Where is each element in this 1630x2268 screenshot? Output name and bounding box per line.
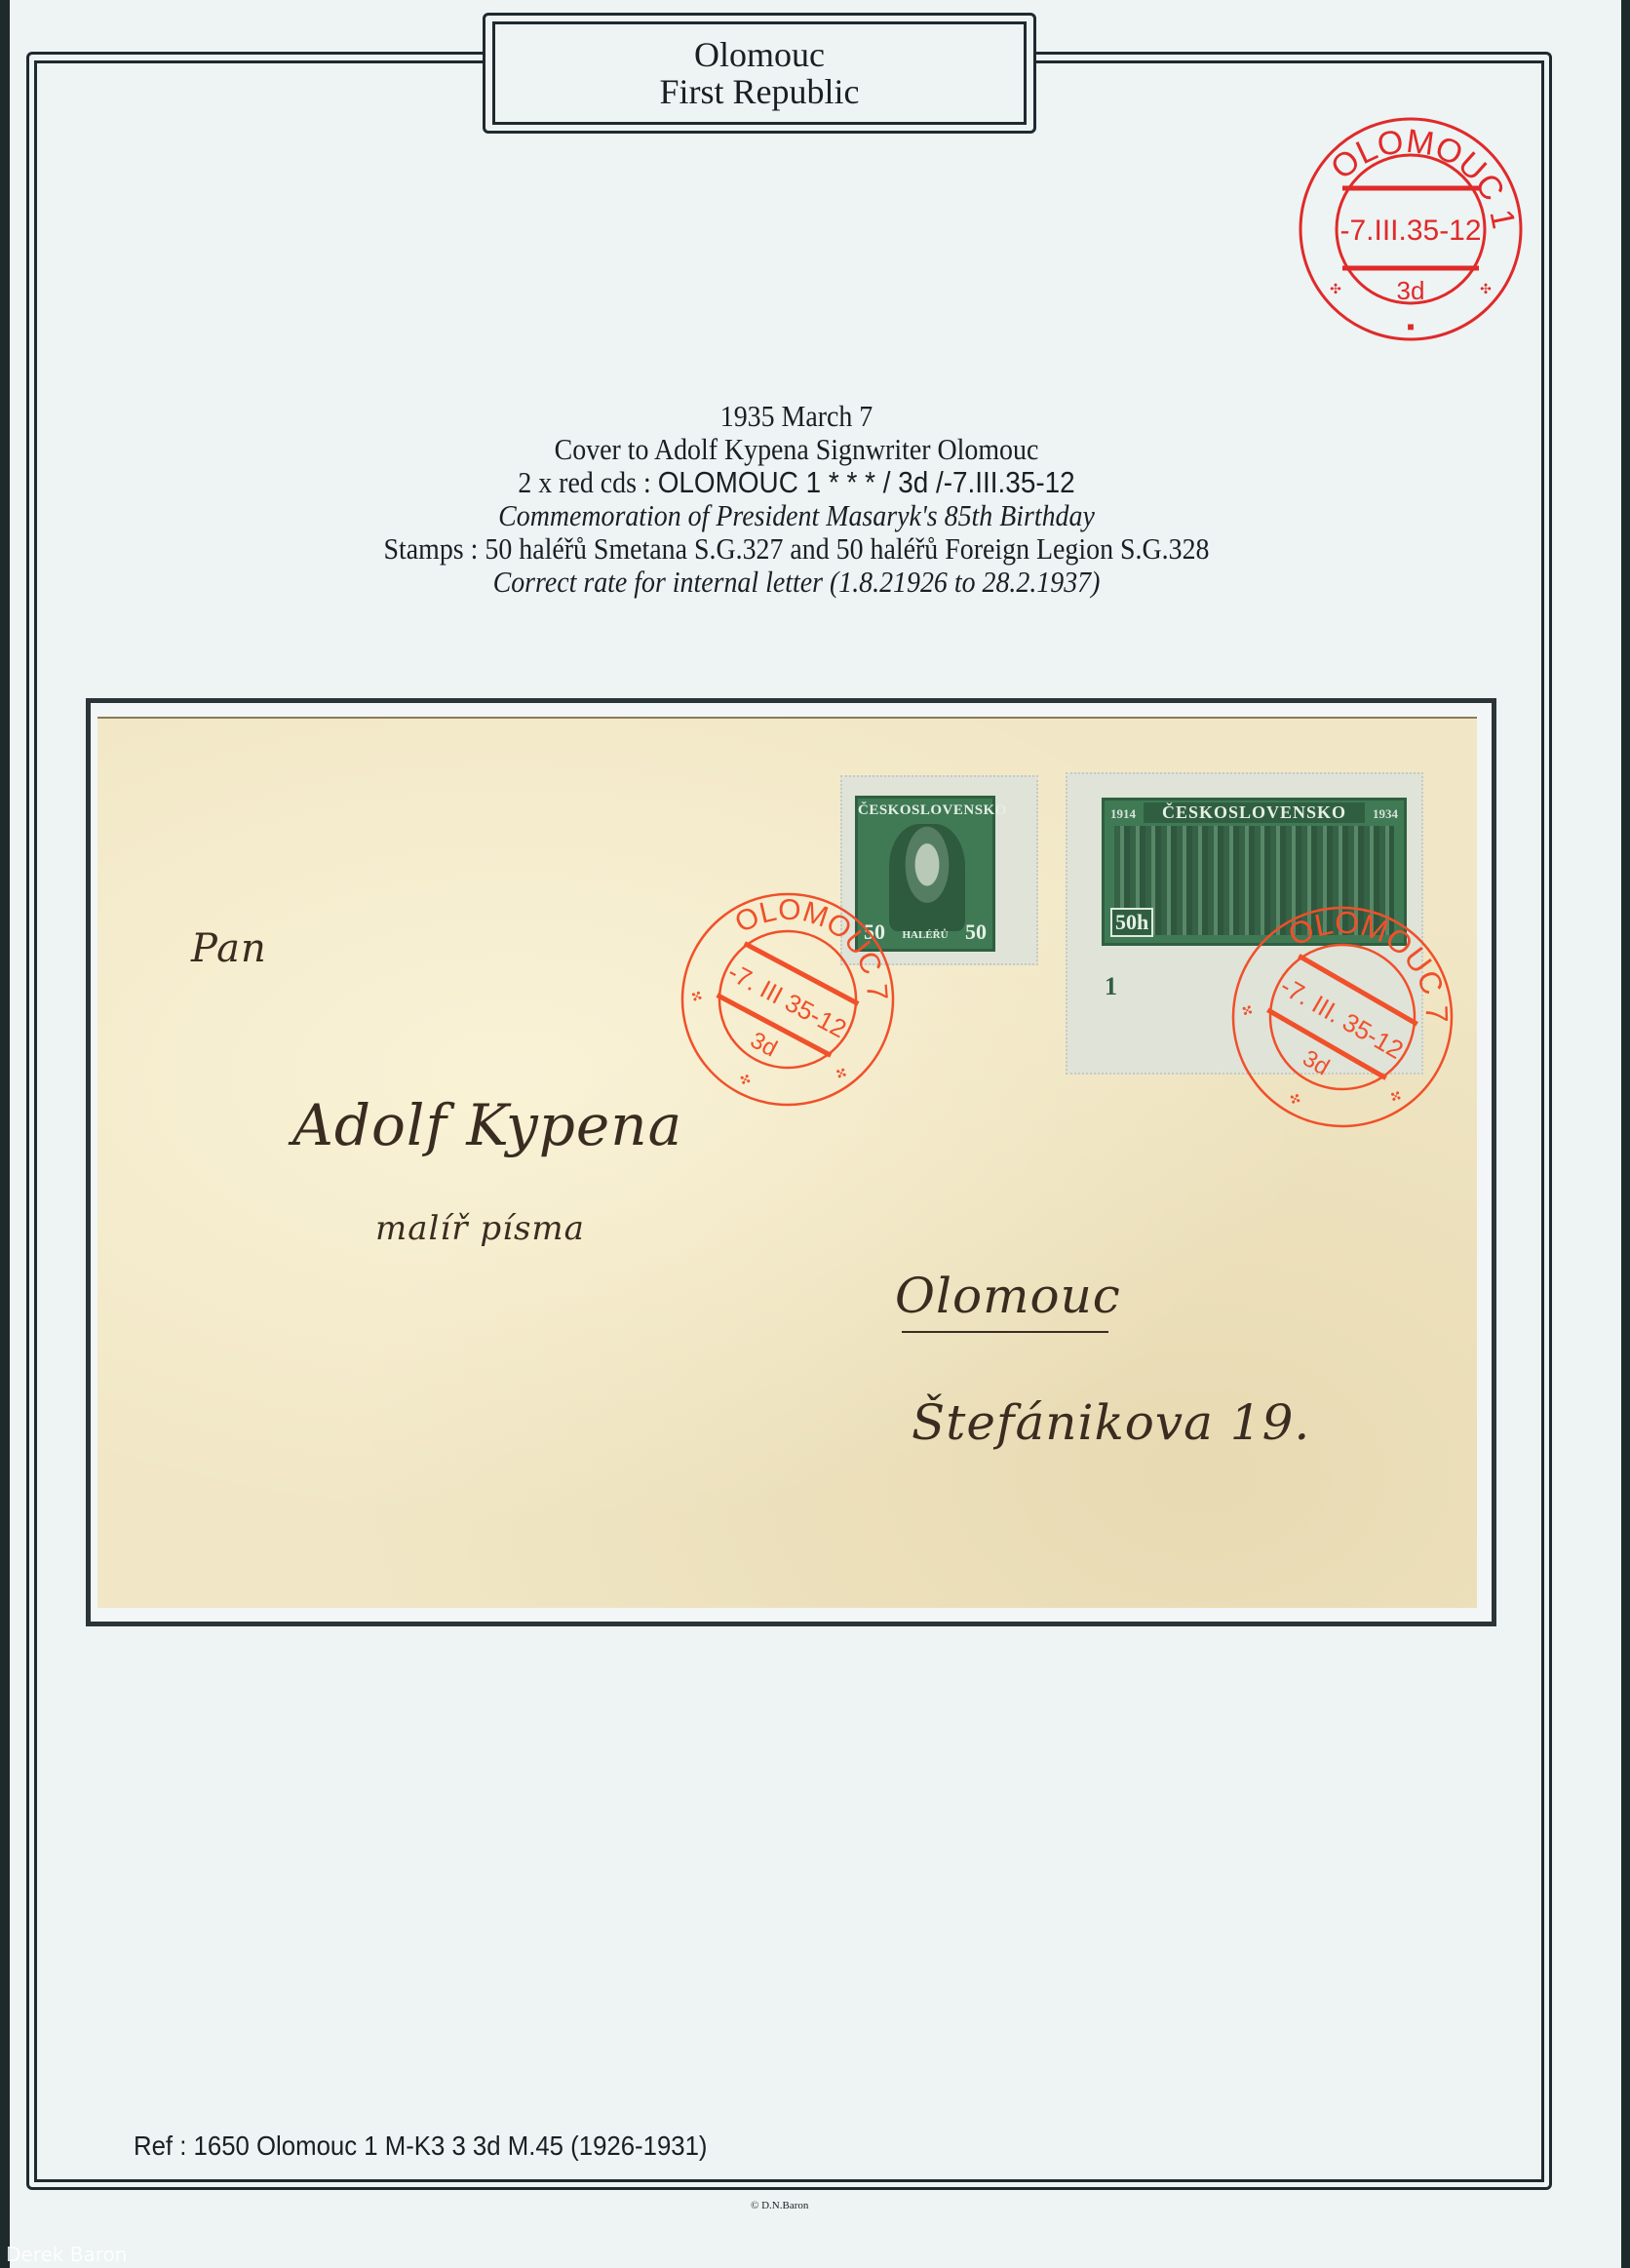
smetana-portrait — [889, 824, 965, 931]
svg-text:✣: ✣ — [688, 987, 706, 1006]
header-box: Olomouc First Republic — [492, 21, 1027, 125]
reference-postmark-code: 3d — [1397, 276, 1425, 305]
handwritten-occupation: malíř písma — [375, 1209, 585, 1248]
svg-text:✣: ✣ — [1480, 281, 1492, 296]
handwritten-city: Olomouc — [895, 1268, 1121, 1324]
caption-cds-detail: OLOMOUC 1 * * * / 3d /-7.III.35-12 — [658, 465, 1075, 499]
caption-commemoration: Commemoration of President Masaryk's 85t… — [168, 499, 1426, 532]
plate-number: 1 — [1105, 972, 1117, 1001]
svg-text:✣: ✣ — [1330, 281, 1341, 296]
svg-text:■: ■ — [1407, 320, 1414, 333]
svg-text:3d: 3d — [1298, 1045, 1334, 1081]
copyright: © D.N.Baron — [751, 2200, 808, 2211]
svg-text:✣: ✣ — [736, 1070, 754, 1089]
catalogue-reference: Ref : 1650 Olomouc 1 M-K3 3 3d M.45 (192… — [134, 2131, 708, 2162]
scan-edge-right — [1621, 0, 1630, 2268]
svg-text:✣: ✣ — [833, 1064, 850, 1083]
watermark: Derek Baron — [6, 2243, 127, 2266]
caption-stamps: Stamps : 50 haléřů Smetana S.G.327 and 5… — [168, 532, 1426, 566]
page-subtitle: First Republic — [660, 73, 860, 110]
caption-cover: Cover to Adolf Kypena Signwriter Olomouc — [168, 433, 1426, 466]
svg-text:✣: ✣ — [1238, 1000, 1256, 1020]
city-underline — [902, 1331, 1108, 1333]
reference-postmark: OLOMOUC 1 -7.III.35-12 3d ✣ ✣ ■ — [1296, 114, 1526, 344]
scan-edge-left — [0, 0, 10, 2268]
caption-rate: Correct rate for internal letter (1.8.21… — [168, 566, 1426, 599]
caption-date: 1935 March 7 — [168, 400, 1426, 433]
cover-description: 1935 March 7 Cover to Adolf Kypena Signw… — [97, 400, 1495, 599]
svg-text:✣: ✣ — [1286, 1089, 1303, 1109]
caption-cds: 2 x red cds : OLOMOUC 1 * * * / 3d /-7.I… — [168, 466, 1426, 499]
reference-postmark-date: -7.III.35-12 — [1339, 215, 1481, 247]
svg-text:✣: ✣ — [1387, 1086, 1405, 1106]
handwritten-salutation: Pan — [191, 926, 267, 971]
page-title: Olomouc — [694, 36, 825, 73]
cover-postmark-1: OLOMOUC 7 -7. III 35-12 3d ✣ ✣ ✣ — [680, 892, 895, 1107]
cover-postmark-2: OLOMOUC 7 -7. III. 35-12 3d ✣ ✣ ✣ — [1230, 905, 1455, 1129]
handwritten-street: Štefánikova 19. — [912, 1394, 1310, 1451]
handwritten-name: Adolf Kypena — [292, 1092, 682, 1158]
